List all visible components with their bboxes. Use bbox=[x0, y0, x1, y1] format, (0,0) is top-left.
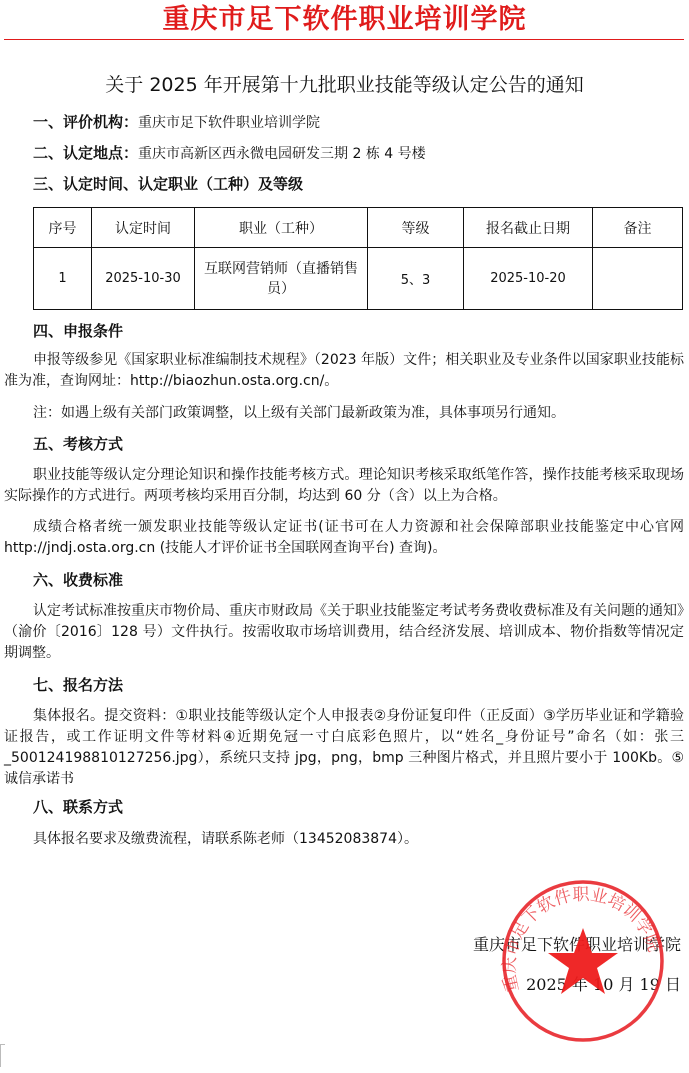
certification-table: 序号 认定时间 职业（工种） 等级 报名截止日期 备注 1 2025-10-30… bbox=[33, 207, 683, 310]
section-registration-heading: 七、报名方法 bbox=[33, 675, 123, 695]
section-value: 重庆市足下软件职业培训学院 bbox=[138, 115, 320, 131]
red-star-icon bbox=[548, 928, 618, 994]
section-requirements-heading: 四、申报条件 bbox=[33, 321, 123, 341]
section-assessment-heading: 五、考核方式 bbox=[33, 434, 123, 454]
paragraph: 注：如遇上级有关部门政策调整，以上级有关部门最新政策为准，具体事项另行通知。 bbox=[4, 403, 684, 424]
header-cell: 认定时间 bbox=[92, 208, 195, 248]
header-cell: 职业（工种） bbox=[195, 208, 368, 248]
paragraph: 认定考试标准按重庆市物价局、重庆市财政局《关于职业技能鉴定考试考务费收费标准及有… bbox=[4, 601, 684, 664]
paragraph: 具体报名要求及缴费流程，请联系陈老师（13452083874）。 bbox=[33, 829, 683, 850]
table-cell: 互联网营销师（直播销售员） bbox=[195, 248, 368, 310]
official-seal: 重庆市足下软件职业培训学院 bbox=[500, 878, 666, 1044]
table-cell bbox=[593, 248, 683, 310]
paragraph: 成绩合格者统一颁发职业技能等级认定证书(证书可在人力资源和社会保障部职业技能鉴定… bbox=[4, 517, 684, 559]
paragraph: 集体报名。提交资料：①职业技能等级认定个人申报表②身份证复印件（正反面）③学历毕… bbox=[4, 706, 684, 790]
header-cell: 报名截止日期 bbox=[464, 208, 593, 248]
table-cell: 2025-10-20 bbox=[464, 248, 593, 310]
table-header-row: 序号 认定时间 职业（工种） 等级 报名截止日期 备注 bbox=[34, 208, 683, 248]
table-cell: 1 bbox=[34, 248, 92, 310]
section-contact-heading: 八、联系方式 bbox=[33, 797, 123, 817]
table-row: 1 2025-10-30 互联网营销师（直播销售员） 5、3 2025-10-2… bbox=[34, 248, 683, 310]
page-corner-mark bbox=[0, 1044, 5, 1067]
header-cell: 备注 bbox=[593, 208, 683, 248]
table-cell: 5、3 bbox=[368, 248, 464, 310]
section-schedule-heading: 三、认定时间、认定职业（工种）及等级 bbox=[33, 174, 303, 194]
header-cell: 序号 bbox=[34, 208, 92, 248]
masthead-org-name: 重庆市足下软件职业培训学院 bbox=[0, 3, 689, 37]
section-value: 重庆市高新区西永微电园研发三期 2 栋 4 号楼 bbox=[138, 146, 426, 162]
masthead-divider bbox=[4, 39, 684, 40]
paragraph: 职业技能等级认定分理论知识和操作技能考核方式。理论知识考核采取纸笔作答，操作技能… bbox=[4, 465, 684, 507]
table-cell: 2025-10-30 bbox=[92, 248, 195, 310]
notice-title: 关于 2025 年开展第十九批职业技能等级认定公告的通知 bbox=[0, 72, 689, 98]
section-evaluation-org: 一、评价机构：重庆市足下软件职业培训学院 bbox=[33, 112, 320, 133]
section-fees-heading: 六、收费标准 bbox=[33, 570, 123, 590]
header-cell: 等级 bbox=[368, 208, 464, 248]
section-heading: 二、认定地点： bbox=[33, 144, 138, 162]
section-location: 二、认定地点：重庆市高新区西永微电园研发三期 2 栋 4 号楼 bbox=[33, 143, 426, 164]
section-heading: 一、评价机构： bbox=[33, 113, 138, 131]
paragraph: 申报等级参见《国家职业标准编制技术规程》（2023 年版）文件；相关职业及专业条… bbox=[4, 350, 684, 392]
